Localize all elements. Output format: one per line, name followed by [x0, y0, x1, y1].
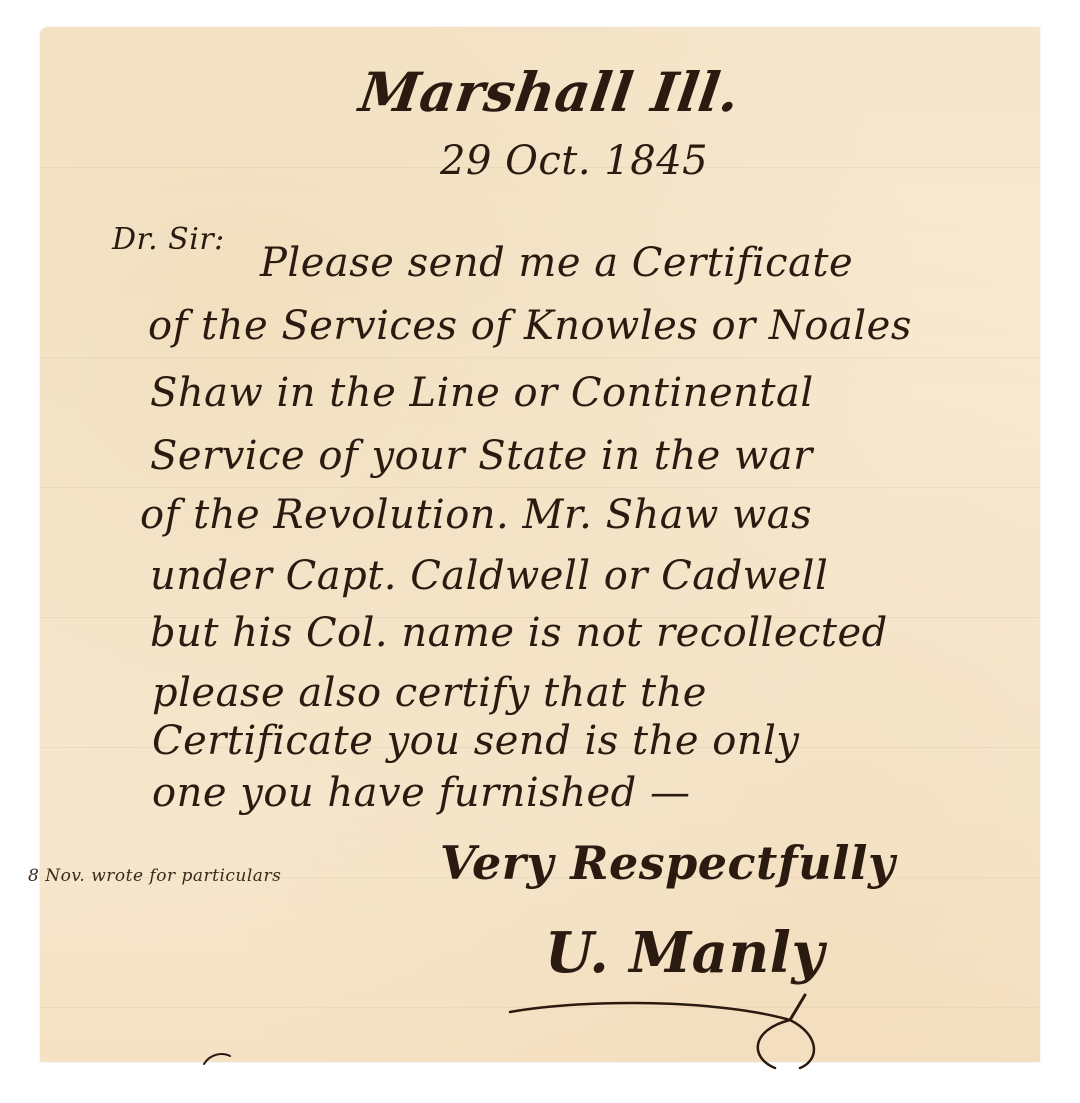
paper-rule: [40, 487, 1040, 488]
letter-heading-place: Marshall Ill.: [356, 60, 744, 124]
letter-body-line: please also certify that the: [152, 670, 707, 716]
paper-rule: [40, 357, 1040, 358]
letter-body-line: one you have furnished —: [152, 770, 691, 816]
partial-ink-mark-icon: [200, 1050, 260, 1070]
signature-flourish-icon: [500, 990, 860, 1070]
letter-body-line: of the Services of Knowles or Noales: [148, 303, 912, 349]
letter-date: 29 Oct. 1845: [440, 138, 708, 184]
margin-note: 8 Nov. wrote for particulars: [28, 866, 281, 886]
letter-salutation: Dr. Sir:: [112, 222, 225, 257]
letter-body-line: Certificate you send is the only: [152, 718, 800, 764]
letter-body-line: Service of your State in the war: [150, 433, 813, 479]
letter-signature: U. Manly: [545, 920, 825, 986]
letter-body-line: Shaw in the Line or Continental: [150, 370, 814, 416]
letter-closing: Very Respectfully: [440, 836, 895, 890]
letter-body-line: but his Col. name is not recollected: [150, 610, 888, 656]
letter-body-line: of the Revolution. Mr. Shaw was: [140, 492, 812, 538]
letter-body-line: under Capt. Caldwell or Cadwell: [150, 553, 828, 599]
letter-body-line: Please send me a Certificate: [260, 240, 853, 286]
